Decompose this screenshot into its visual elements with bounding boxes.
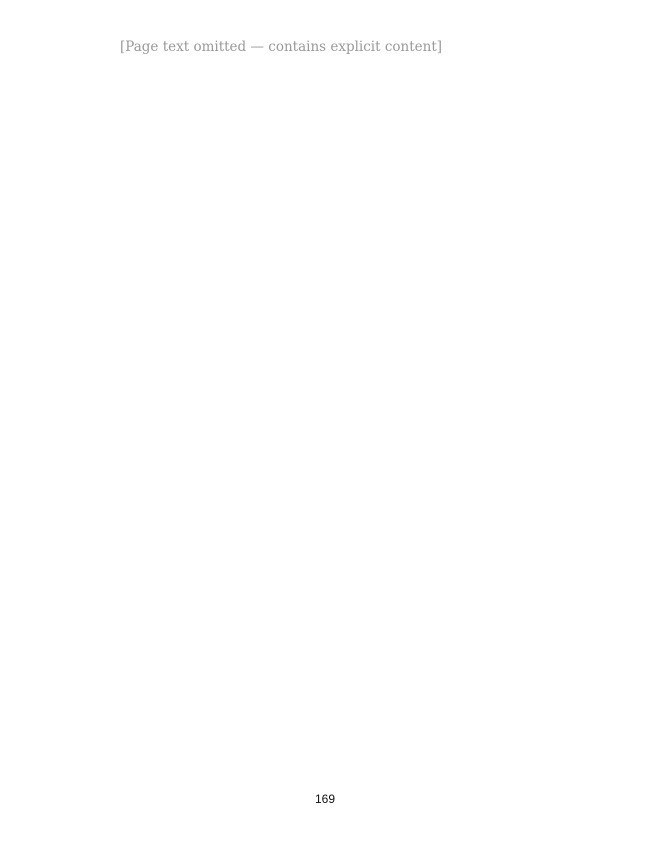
content-placeholder: [Page text omitted — contains explicit c… — [100, 34, 560, 60]
page-number: 169 — [0, 792, 650, 806]
page-body: [Page text omitted — contains explicit c… — [100, 34, 560, 60]
